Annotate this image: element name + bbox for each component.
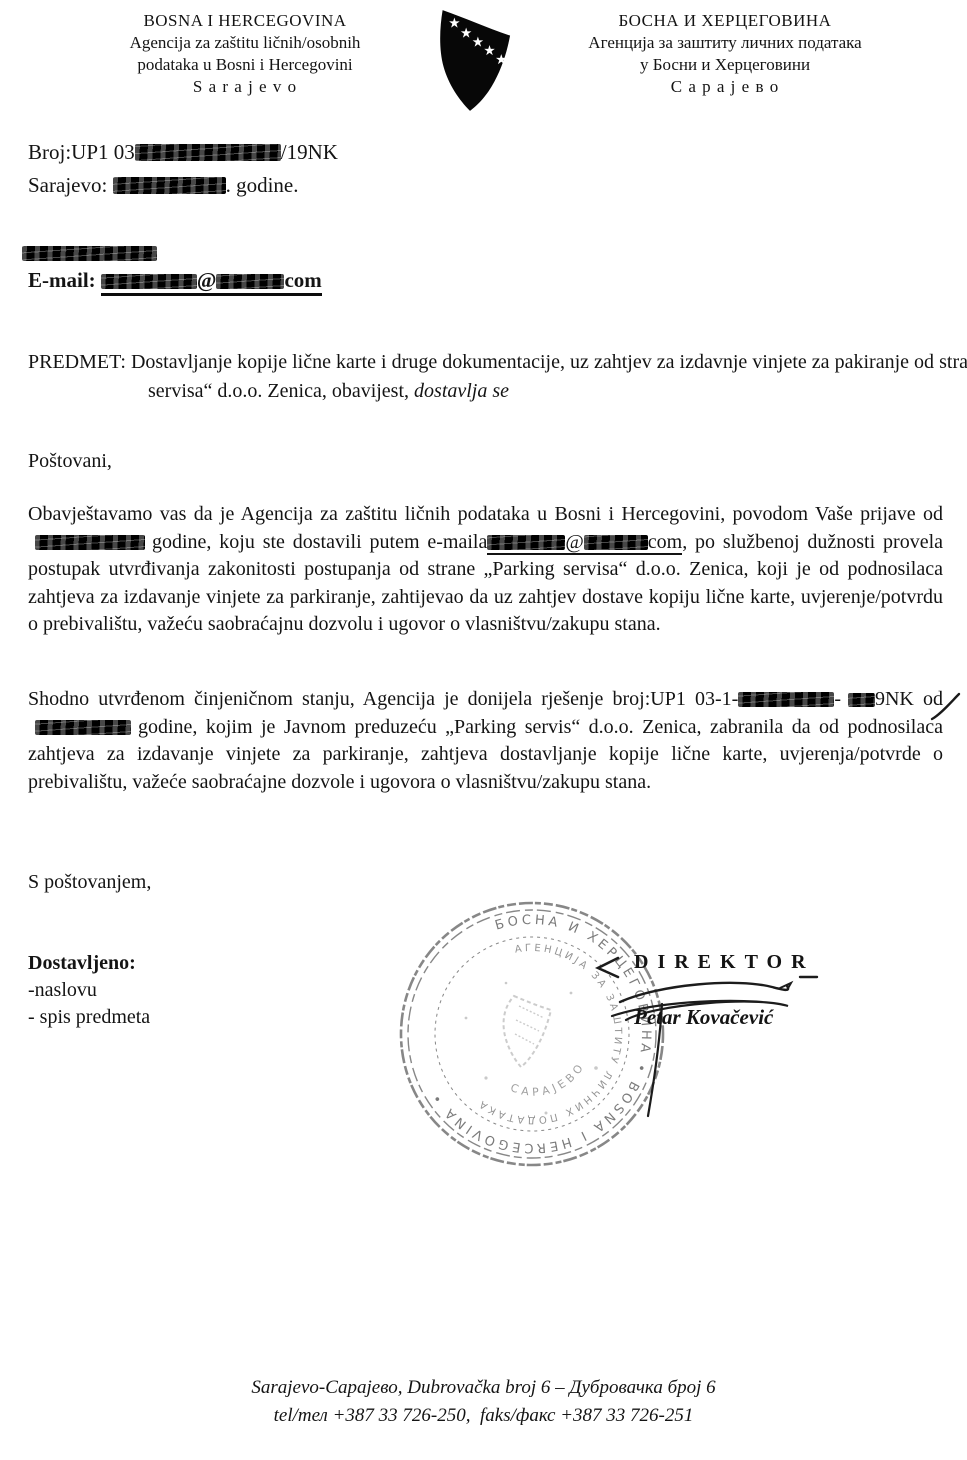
email-line: E-mail: @com bbox=[28, 268, 322, 293]
redaction-email-domain-2 bbox=[584, 535, 648, 550]
letterhead-cyrillic-city: С а р а ј е в о bbox=[570, 76, 880, 98]
paragraph-2-text-a: Shodno utvrđenom činjeničnom stanju, Age… bbox=[28, 688, 738, 710]
bih-coat-of-arms-icon: ★ ★ ★ ★ ★ bbox=[426, 6, 514, 114]
redaction-decision-number bbox=[738, 692, 834, 707]
date-suffix: . godine. bbox=[226, 173, 299, 197]
redaction-email-user bbox=[101, 274, 197, 289]
body-paragraph-1: Obavještavamo vas da je Agencija za zašt… bbox=[28, 501, 943, 639]
redaction-recipient-name bbox=[22, 246, 157, 261]
pen-arrow-mark bbox=[598, 958, 618, 977]
letterhead-latin-city: S a r a j e v o bbox=[100, 76, 390, 98]
email-at-sign: @ bbox=[197, 268, 217, 292]
email-label: E-mail: bbox=[28, 268, 96, 292]
redaction-decision-number-2 bbox=[848, 693, 875, 707]
distribution-title: Dostavljeno: bbox=[28, 950, 150, 977]
redaction-complaint-date bbox=[35, 535, 145, 550]
case-number-line: Broj:UP1 03/19NK bbox=[28, 136, 338, 169]
distribution-item: -naslovu bbox=[28, 977, 150, 1004]
email-domain-suffix: com bbox=[284, 268, 321, 292]
reference-block: Broj:UP1 03/19NK Sarajevo: . godine. bbox=[28, 136, 338, 202]
date-line: Sarajevo: . godine. bbox=[28, 169, 338, 202]
footer-address-line: Sarajevo-Сарајево, Dubrovačka broj 6 – Д… bbox=[0, 1374, 967, 1402]
redaction-case-number bbox=[135, 144, 281, 161]
letterhead-latin-agency-1: Agencija za zaštitu ličnih/osobnih bbox=[100, 32, 390, 54]
email-domain-suffix-2: com bbox=[648, 531, 682, 553]
subject-line: PREDMET: Dostavljanje kopije lične karte… bbox=[28, 348, 967, 406]
letterhead-latin-country: BOSNA I HERCEGOVINA bbox=[100, 10, 390, 32]
footer: Sarajevo-Сарајево, Dubrovačka broj 6 – Д… bbox=[0, 1374, 967, 1430]
paragraph-1-text-a: Obavještavamo vas da je Agencija za zašt… bbox=[28, 503, 943, 525]
svg-text:★: ★ bbox=[472, 34, 484, 50]
director-signature-name: Petar Kovačević bbox=[634, 1005, 773, 1030]
closing-regards: S poštovanjem, bbox=[28, 871, 151, 894]
case-number-prefix: Broj:UP1 03 bbox=[28, 140, 135, 164]
subject-label: PREDMET: bbox=[28, 351, 126, 373]
distribution-item: - spis predmeta bbox=[28, 1004, 150, 1031]
stamp-center-emblem bbox=[504, 996, 551, 1067]
letterhead-latin: BOSNA I HERCEGOVINA Agencija za zaštitu … bbox=[100, 10, 390, 98]
paragraph-1-text-b: godine, koju ste dostavili putem e-maila bbox=[152, 531, 487, 553]
svg-text:★: ★ bbox=[483, 43, 495, 59]
redaction-date bbox=[113, 177, 226, 194]
redaction-decision-date bbox=[35, 720, 131, 735]
place-label: Sarajevo: bbox=[28, 173, 107, 197]
letterhead-latin-agency-2: podataka u Bosni i Hercegovini bbox=[100, 54, 390, 76]
distribution-block: Dostavljeno: -naslovu - spis predmeta bbox=[28, 950, 150, 1031]
letterhead-cyrillic: БОСНА И ХЕРЦЕГОВИНА Агенција за заштиту … bbox=[570, 10, 880, 98]
svg-text:★: ★ bbox=[460, 26, 472, 42]
footer-phone-line: tel/тел +387 33 726-250, faks/факс +387 … bbox=[0, 1402, 967, 1430]
body-paragraph-2: Shodno utvrđenom činjeničnom stanju, Age… bbox=[28, 686, 943, 796]
subject-emphasis: dostavlja se bbox=[414, 380, 509, 402]
case-number-suffix: /19NK bbox=[281, 140, 338, 164]
letterhead-cyrillic-country: БОСНА И ХЕРЦЕГОВИНА bbox=[570, 10, 880, 32]
paragraph-2-text-d: godine, kojim je Javnom preduzeću „Parki… bbox=[28, 716, 943, 793]
paragraph-2-text-b: - bbox=[834, 688, 841, 710]
redaction-email-user-2 bbox=[487, 535, 565, 550]
letterhead-cyrillic-agency-2: у Босни и Херцеговини bbox=[570, 54, 880, 76]
svg-text:★: ★ bbox=[448, 16, 460, 32]
letterhead-cyrillic-agency-1: Агенција за заштиту личних података bbox=[570, 32, 880, 54]
handwritten-slash-mark bbox=[928, 692, 964, 722]
redaction-email-domain bbox=[216, 274, 284, 289]
paragraph-1-email-redacted: @com bbox=[487, 531, 682, 555]
document-page: BOSNA I HERCEGOVINA Agencija za zaštitu … bbox=[0, 0, 967, 1460]
email-address-redacted: @com bbox=[101, 268, 322, 296]
email-at-sign-2: @ bbox=[565, 531, 583, 553]
salutation: Poštovani, bbox=[28, 450, 112, 473]
svg-text:★: ★ bbox=[495, 52, 507, 68]
subject-text: Dostavljanje kopije lične karte i druge … bbox=[131, 351, 967, 402]
signature-flourish bbox=[588, 946, 828, 1131]
